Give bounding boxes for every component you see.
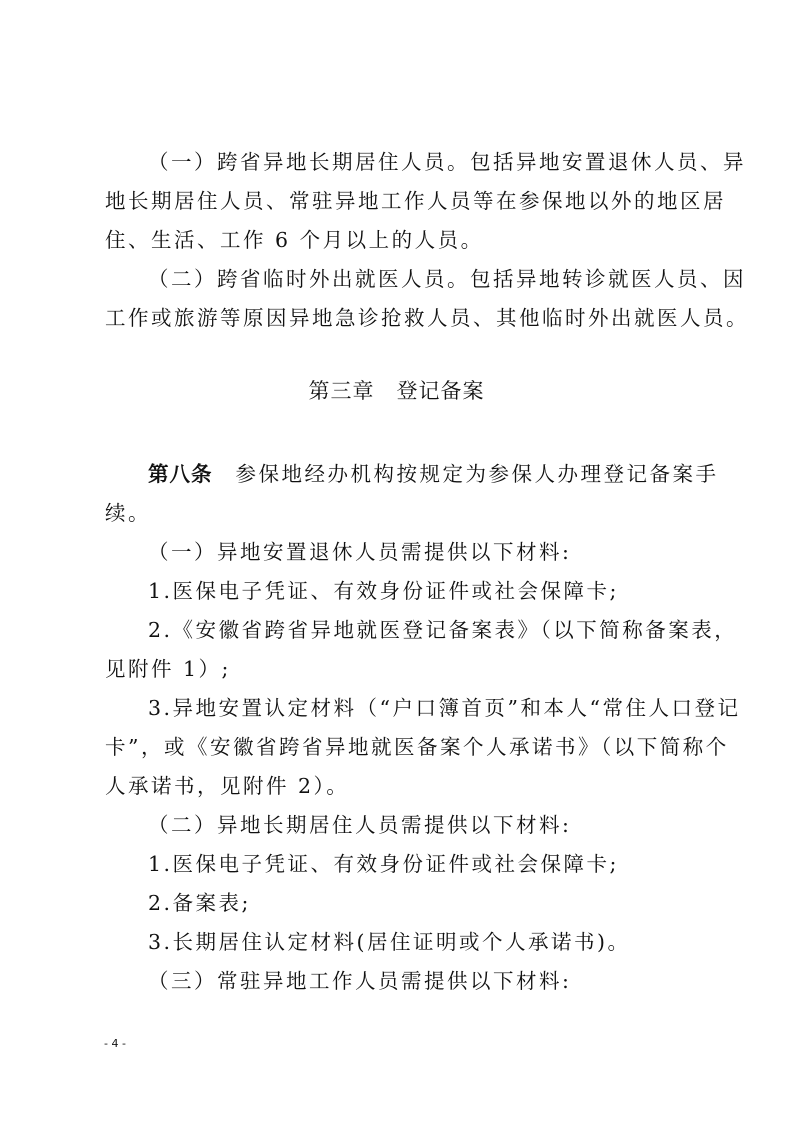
subsection-title: （二）异地长期居住人员需提供以下材料:	[148, 813, 733, 837]
list-item: 1.医保电子凭证、有效身份证件或社会保障卡;	[148, 579, 733, 603]
article-line: 第八条 参保地经办机构按规定为参保人办理登记备案手	[148, 462, 733, 486]
subsection-title: （三）常驻异地工作人员需提供以下材料:	[148, 969, 733, 993]
list-item-cont: 见附件 1）;	[105, 657, 690, 681]
page-number: - 4 -	[104, 1037, 126, 1050]
subsection-title: （一）异地安置退休人员需提供以下材料:	[148, 540, 733, 564]
list-item: 2.《安徽省跨省异地就医登记备案表》（以下简称备案表，	[148, 618, 733, 642]
list-item-cont: 人承诺书，见附件 2）。	[105, 774, 690, 798]
list-item-cont: 卡”，或《安徽省跨省异地就医备案个人承诺书》（以下简称个	[105, 735, 690, 759]
paragraph-line: 地长期居住人员、常驻异地工作人员等在参保地以外的地区居	[105, 189, 690, 213]
article-label: 第八条	[148, 462, 213, 486]
paragraph-line: （二）跨省临时外出就医人员。包括异地转诊就医人员、因	[148, 267, 733, 291]
paragraph-line: 住、生活、工作 6 个月以上的人员。	[105, 228, 690, 252]
article-text: 参保地经办机构按规定为参保人办理登记备案手	[236, 462, 719, 486]
list-item: 3.异地安置认定材料（“户口簿首页”和本人“常住人口登记	[148, 696, 733, 720]
paragraph-line: 工作或旅游等原因异地急诊抢救人员、其他临时外出就医人员。	[105, 306, 690, 330]
paragraph-line: 续。	[105, 501, 690, 525]
list-item: 2.备案表;	[148, 891, 733, 915]
paragraph-line: （一）跨省异地长期居住人员。包括异地安置退休人员、异	[148, 150, 733, 174]
chapter-heading: 第三章 登记备案	[0, 375, 793, 405]
list-item: 3.长期居住认定材料(居住证明或个人承诺书)。	[148, 930, 733, 954]
list-item: 1.医保电子凭证、有效身份证件或社会保障卡;	[148, 852, 733, 876]
document-page: （一）跨省异地长期居住人员。包括异地安置退休人员、异 地长期居住人员、常驻异地工…	[0, 0, 793, 1122]
